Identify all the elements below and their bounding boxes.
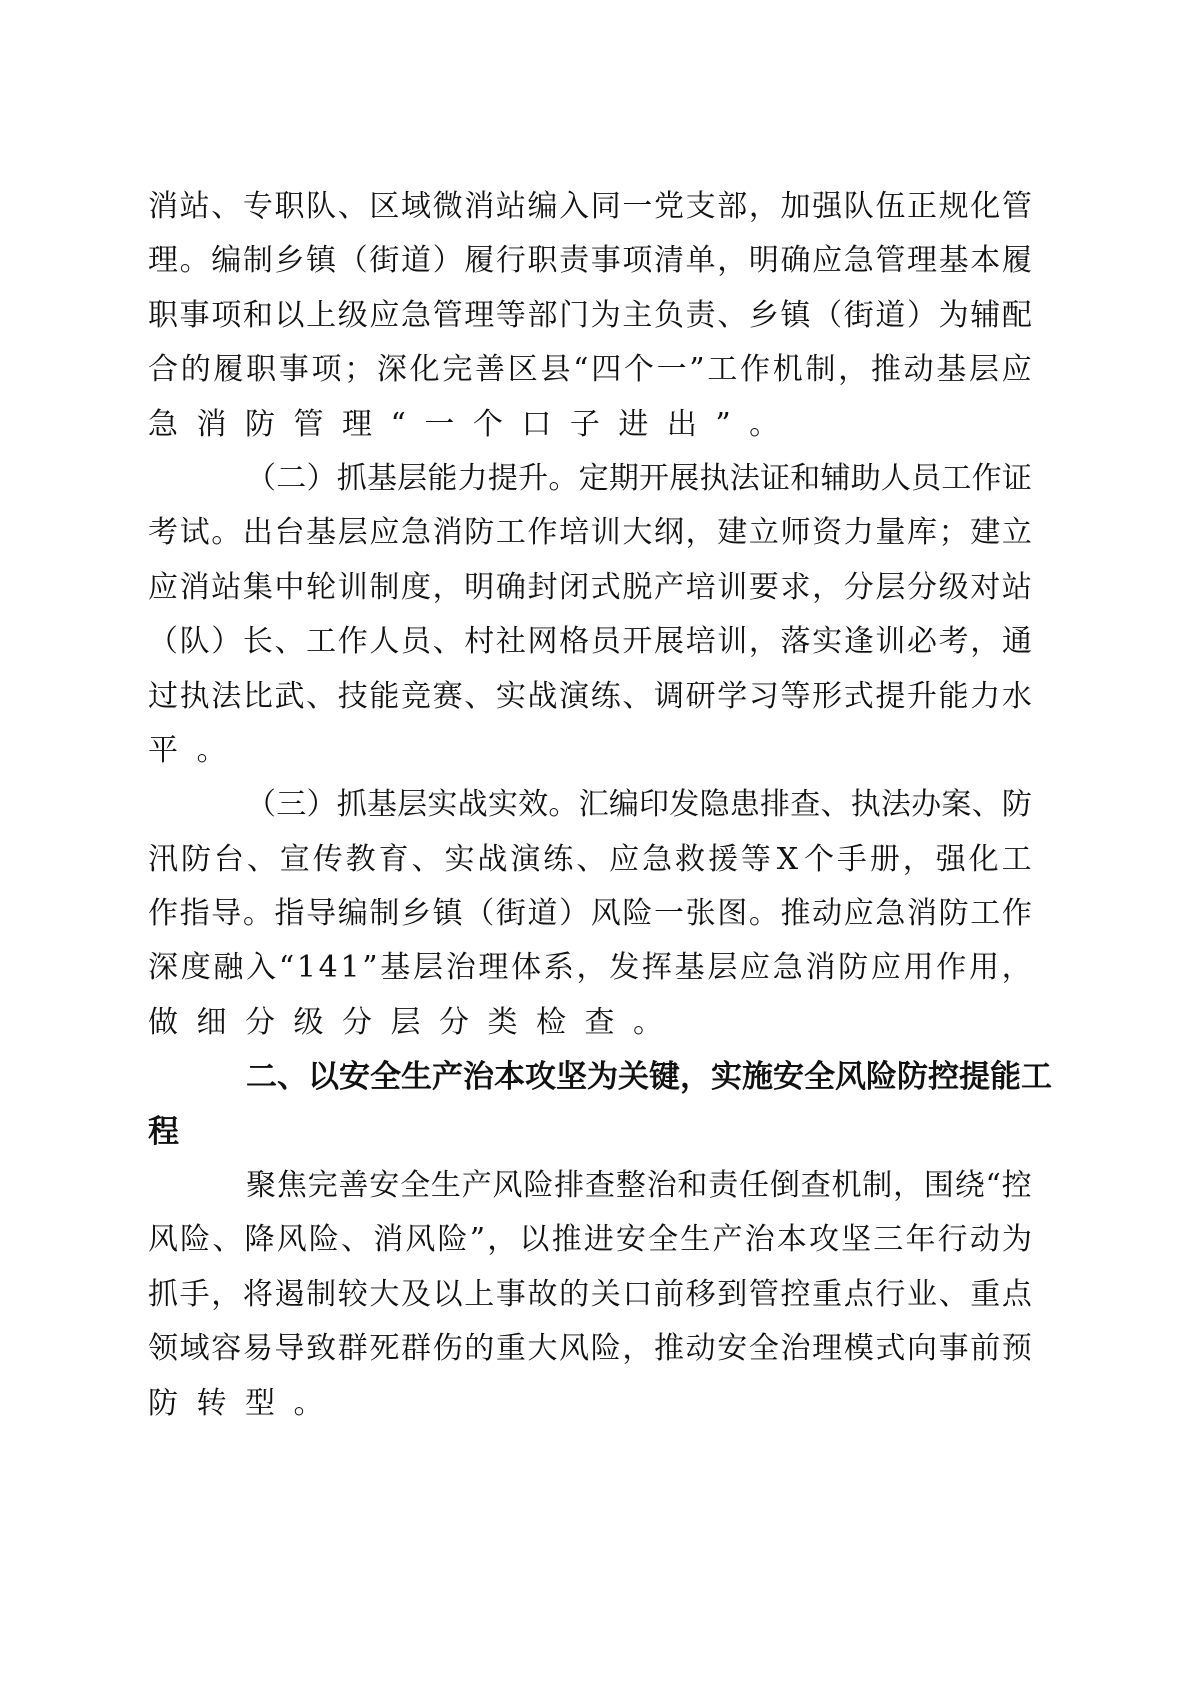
paragraph-risk-control: 聚焦完善安全生产风险排查整治和责任倒查机制，围绕“控 风险、降风险、消风险”，以…	[148, 1159, 1032, 1431]
text-line: （三）抓基层实战实效。汇编印发隐患排查、执法办案、防	[148, 778, 1032, 832]
text-line: 合的履职事项；深化完善区县“四个一”工作机制，推动基层应	[148, 343, 1032, 397]
paragraph-practical-effectiveness: （三）抓基层实战实效。汇编印发隐患排查、执法办案、防 汛防台、宣传教育、实战演练…	[148, 778, 1032, 1050]
text-line: 职事项和以上级应急管理等部门为主负责、乡镇（街道）为辅配	[148, 289, 1032, 343]
text-line: 防转型。	[148, 1377, 1032, 1431]
text-line: （队）长、工作人员、村社网格员开展培训，落实逢训必考，通	[148, 615, 1032, 669]
text-line: 做细分级分层分类检查。	[148, 996, 1032, 1050]
heading-line: 程	[148, 1105, 1032, 1159]
text-line: 聚焦完善安全生产风险排查整治和责任倒查机制，围绕“控	[148, 1159, 1032, 1213]
text-line: 平。	[148, 724, 1032, 778]
paragraph-grassroots-management: 消站、专职队、区域微消站编入同一党支部，加强队伍正规化管 理。编制乡镇（街道）履…	[148, 180, 1032, 452]
text-line: 理。编制乡镇（街道）履行职责事项清单，明确应急管理基本履	[148, 234, 1032, 288]
paragraph-capability-improvement: （二）抓基层能力提升。定期开展执法证和辅助人员工作证 考试。出台基层应急消防工作…	[148, 452, 1032, 778]
text-line: 急消防管理“一个口子进出”。	[148, 398, 1032, 452]
heading-line: 二、以安全生产治本攻坚为关键，实施安全风险防控提能工	[148, 1050, 1032, 1104]
text-line: 过执法比武、技能竞赛、实战演练、调研学习等形式提升能力水	[148, 670, 1032, 724]
text-line: 作指导。指导编制乡镇（街道）风险一张图。推动应急消防工作	[148, 887, 1032, 941]
text-line: 消站、专职队、区域微消站编入同一党支部，加强队伍正规化管	[148, 180, 1032, 234]
text-line: 抓手，将遏制较大及以上事故的关口前移到管控重点行业、重点	[148, 1268, 1032, 1322]
text-line: 应消站集中轮训制度，明确封闭式脱产培训要求，分层分级对站	[148, 561, 1032, 615]
text-line: 风险、降风险、消风险”，以推进安全生产治本攻坚三年行动为	[148, 1213, 1032, 1267]
section-heading: 二、以安全生产治本攻坚为关键，实施安全风险防控提能工 程	[148, 1050, 1032, 1159]
text-line: 深度融入“141”基层治理体系，发挥基层应急消防应用作用，	[148, 941, 1032, 995]
text-line: （二）抓基层能力提升。定期开展执法证和辅助人员工作证	[148, 452, 1032, 506]
document-page: 消站、专职队、区域微消站编入同一党支部，加强队伍正规化管 理。编制乡镇（街道）履…	[148, 180, 1032, 1431]
text-line: 考试。出台基层应急消防工作培训大纲，建立师资力量库；建立	[148, 506, 1032, 560]
text-line: 领域容易导致群死群伤的重大风险，推动安全治理模式向事前预	[148, 1322, 1032, 1376]
text-line: 汛防台、宣传教育、实战演练、应急救援等 X 个手册，强化工	[148, 833, 1032, 887]
